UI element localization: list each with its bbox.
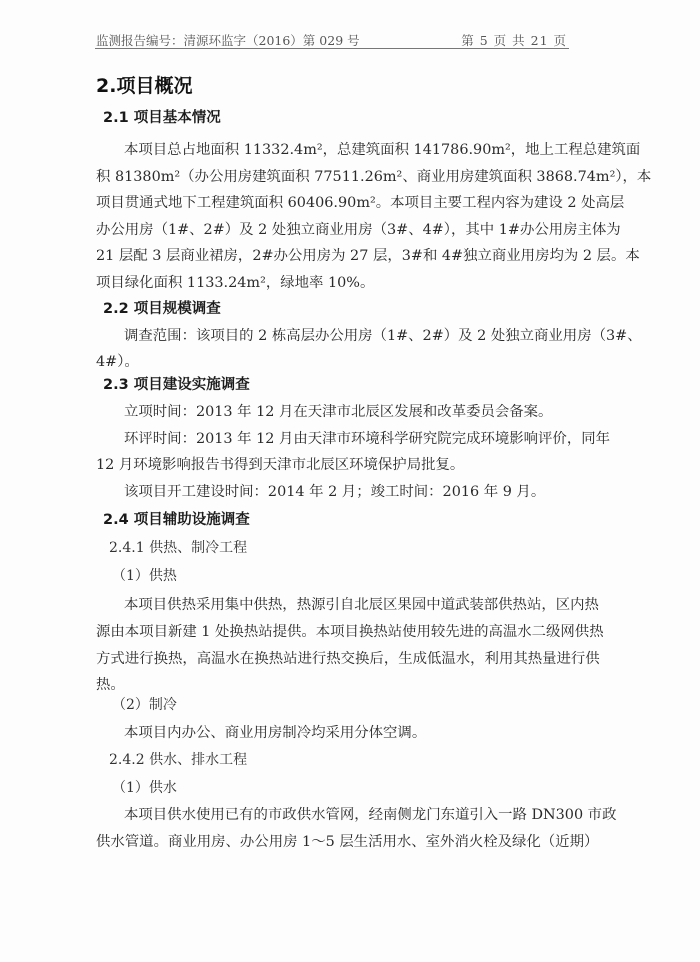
paragraph-line: 本项目供水使用已有的市政供水管网，经南侧龙门东道引入一路 DN300 市政 — [124, 805, 568, 825]
paragraph-line: 4#）。 — [96, 352, 139, 372]
item-title-cooling: （2）制冷 — [112, 695, 177, 715]
paragraph-line: 供水管道。商业用房、办公用房 1～5 层生活用水、室外消火栓及绿化（近期） — [96, 832, 568, 852]
item-title-heating: （1）供热 — [112, 566, 177, 586]
paragraph-line: 本项目内办公、商业用房制冷均采用分体空调。 — [124, 723, 426, 743]
report-number: 监测报告编号：清源环监字（2016）第 029 号 — [96, 31, 360, 49]
header-rule — [95, 48, 569, 49]
paragraph-line: 办公用房（1#、2#）及 2 处独立商业用房（3#、4#），其中 1#办公用房主… — [96, 220, 568, 240]
subsection-title-2-2: 2.2 项目规模调查 — [103, 299, 221, 319]
paragraph-line: 热。 — [96, 675, 125, 695]
paragraph-line: 项目绿化面积 1133.24m²，绿地率 10%。 — [96, 273, 374, 293]
subsection-title-2-1: 2.1 项目基本情况 — [103, 108, 221, 128]
paragraph-line: 21 层配 3 层商业裙房，2#办公用房为 27 层，3#和 4#独立商业用房均… — [96, 246, 568, 266]
paragraph-line: 方式进行换热，高温水在换热站进行热交换后，生成低温水，利用其热量进行供 — [96, 649, 568, 669]
paragraph-line: 源由本项目新建 1 处换热站提供。本项目换热站使用较先进的高温水二级网供热 — [96, 622, 568, 642]
section-title: 2.项目概况 — [96, 76, 192, 96]
paragraph-line: 12 月环境影响报告书得到天津市北辰区环境保护局批复。 — [96, 455, 464, 475]
paragraph-line: 立项时间：2013 年 12 月在天津市北辰区发展和改革委员会备案。 — [124, 402, 552, 422]
subsection-title-2-3: 2.3 项目建设实施调查 — [103, 375, 250, 395]
page-info: 第 5 页 共 21 页 — [461, 31, 567, 49]
paragraph-line: 调查范围：该项目的 2 栋高层办公用房（1#、2#）及 2 处独立商业用房（3#… — [124, 326, 568, 346]
paragraph-line: 项目贯通式地下工程建筑面积 60406.90m²。本项目主要工程内容为建设 2 … — [96, 193, 568, 213]
paragraph-line: 本项目总占地面积 11332.4m²，总建筑面积 141786.90m²，地上工… — [124, 140, 568, 160]
document-page: 监测报告编号：清源环监字（2016）第 029 号 第 5 页 共 21 页 2… — [0, 0, 700, 962]
subsection-title-2-4: 2.4 项目辅助设施调查 — [103, 510, 250, 530]
paragraph-line: 该项目开工建设时间：2014 年 2 月；竣工时间：2016 年 9 月。 — [124, 482, 545, 502]
paragraph-line: 本项目供热采用集中供热，热源引自北辰区果园中道武装部供热站，区内热 — [124, 595, 568, 615]
subsection-title-2-4-1: 2.4.1 供热、制冷工程 — [109, 538, 247, 558]
item-title-water-supply: （1）供水 — [112, 778, 177, 798]
paragraph-line: 积 81380m²（办公用房建筑面积 77511.26m²、商业用房建筑面积 3… — [96, 167, 568, 187]
subsection-title-2-4-2: 2.4.2 供水、排水工程 — [109, 750, 247, 770]
paragraph-line: 环评时间：2013 年 12 月由天津市环境科学研究院完成环境影响评价，同年 — [124, 429, 568, 449]
